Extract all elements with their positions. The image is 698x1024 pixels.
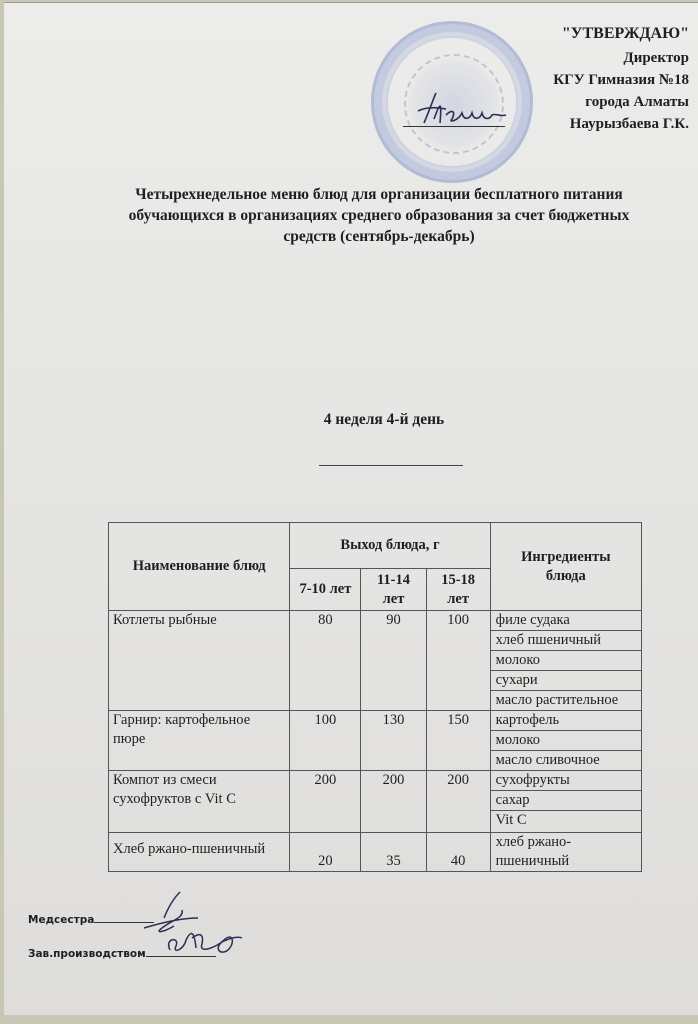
director-signature-line [403, 126, 505, 127]
approval-heading: "УТВЕРЖДАЮ" [553, 23, 689, 45]
ingredient: молоко [490, 651, 641, 671]
ingredient: масло растительное [490, 691, 641, 711]
ingredient: сухари [490, 671, 641, 691]
ingredient: масло сливочное [490, 751, 641, 771]
header-dish: Наименование блюд [109, 523, 290, 611]
document-page: "УТВЕРЖДАЮ" Директор КГУ Гимназия №18 го… [4, 2, 698, 1015]
portion-age3: 150 [426, 711, 490, 771]
portion-age2: 200 [361, 771, 426, 833]
ingredient: сахар [490, 791, 641, 811]
portion-age3: 100 [426, 611, 490, 711]
ingredient: хлеб пшеничный [490, 631, 641, 651]
portion-age3: 40 [426, 833, 490, 872]
portion-age1: 200 [290, 771, 361, 833]
ingredient: хлеб ржано-пшеничный [490, 833, 641, 872]
ingredient: филе судака [490, 611, 641, 631]
table-row: Хлеб ржано-пшеничный203540хлеб ржано-пше… [109, 833, 642, 872]
portion-age1: 20 [290, 833, 361, 872]
title-line-2: обучающихся в организациях среднего обра… [64, 205, 694, 226]
header-ingredients: Ингредиенты блюда [490, 523, 641, 611]
dish-name: Хлеб ржано-пшеничный [109, 833, 290, 872]
portion-age2: 90 [361, 611, 426, 711]
table-row: Гарнир: картофельное пюре100130150картоф… [109, 711, 642, 731]
dish-name: Гарнир: картофельное пюре [109, 711, 290, 771]
table-row: Котлеты рыбные8090100филе судака [109, 611, 642, 631]
portion-age2: 35 [361, 833, 426, 872]
nurse-label: Медсестра [28, 914, 94, 926]
table-row: Компот из смеси сухофруктов с Vit C20020… [109, 771, 642, 791]
portion-age3: 200 [426, 771, 490, 833]
header-age-11-14: 11-14 лет [361, 569, 426, 611]
dish-name: Компот из смеси сухофруктов с Vit C [109, 771, 290, 833]
ingredient: молоко [490, 731, 641, 751]
ingredient: сухофрукты [490, 771, 641, 791]
approval-city: города Алматы [553, 91, 689, 113]
approval-block: "УТВЕРЖДАЮ" Директор КГУ Гимназия №18 го… [553, 23, 689, 135]
ingredient: картофель [490, 711, 641, 731]
title-line-3: средств (сентябрь-декабрь) [64, 226, 694, 247]
title-line-1: Четырехнедельное меню блюд для организац… [64, 184, 694, 205]
approval-position: Директор [553, 47, 689, 69]
ingredient: Vit C [490, 811, 641, 833]
staff-signatures [124, 888, 254, 968]
portion-age1: 100 [290, 711, 361, 771]
portion-age1: 80 [290, 611, 361, 711]
week-day-heading: 4 неделя 4-й день [294, 411, 474, 429]
dish-name: Котлеты рыбные [109, 611, 290, 711]
portion-age2: 130 [361, 711, 426, 771]
director-signature [412, 89, 512, 129]
menu-table: Наименование блюд Выход блюда, г Ингреди… [108, 522, 642, 872]
header-age-7-10: 7-10 лет [290, 569, 361, 611]
document-title: Четырехнедельное меню блюд для организац… [64, 184, 694, 247]
approval-name: Наурызбаева Г.К. [553, 113, 689, 135]
header-output: Выход блюда, г [290, 523, 490, 569]
header-age-15-18: 15-18 лет [426, 569, 490, 611]
approval-organization: КГУ Гимназия №18 [553, 69, 689, 91]
week-underline [319, 465, 463, 466]
